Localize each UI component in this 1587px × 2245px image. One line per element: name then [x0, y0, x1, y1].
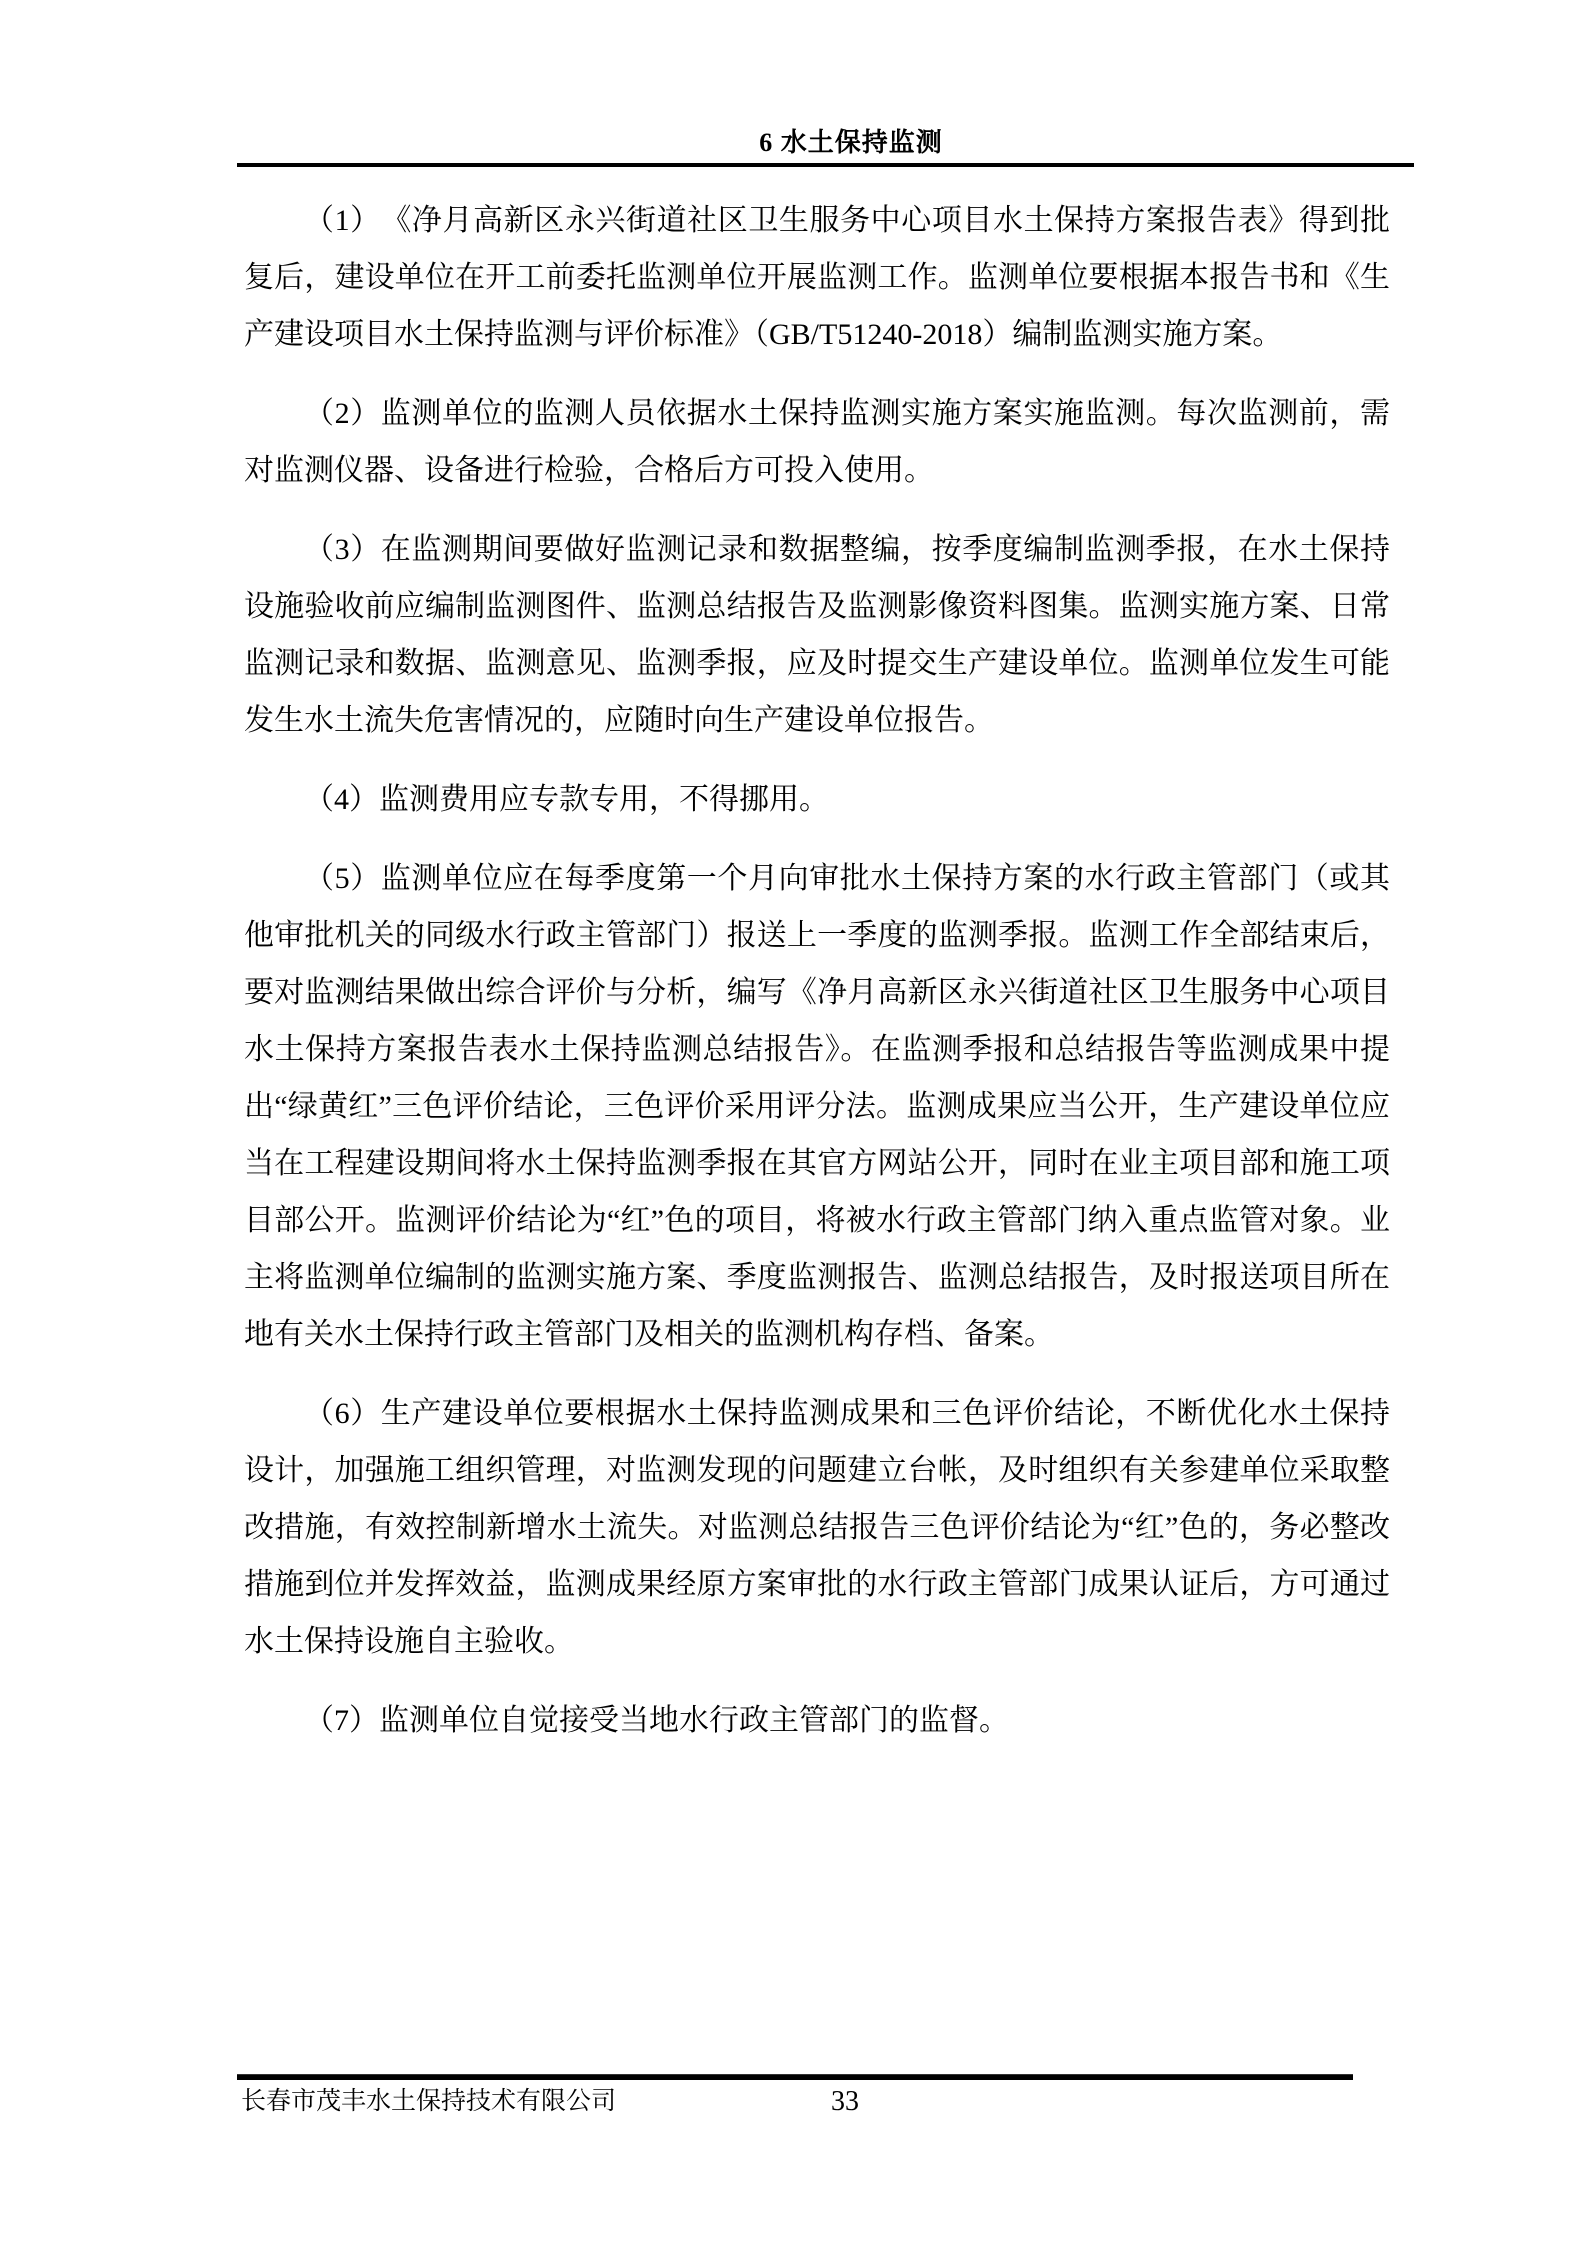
- paragraph-4: （4）监测费用应专款专用，不得挪用。: [244, 771, 1390, 828]
- document-page: 6 水土保持监测 （1） 《净月高新区永兴街道社区卫生服务中心项目水土保持方案报…: [0, 0, 1587, 2245]
- paragraph-6: （6）生产建设单位要根据水土保持监测成果和三色评价结论，不断优化水土保持设计，加…: [244, 1385, 1390, 1670]
- header-rule: [237, 163, 1414, 167]
- footer-page-number: 33: [831, 2086, 859, 2118]
- paragraph-7: （7）监测单位自觉接受当地水行政主管部门的监督。: [244, 1692, 1390, 1749]
- paragraph-3: （3）在监测期间要做好监测记录和数据整编，按季度编制监测季报，在水土保持设施验收…: [244, 521, 1390, 749]
- page-header-title: 6 水土保持监测: [759, 128, 943, 158]
- paragraph-1: （1） 《净月高新区永兴街道社区卫生服务中心项目水土保持方案报告表》得到批复后，…: [244, 192, 1390, 363]
- paragraph-5: （5）监测单位应在每季度第一个月向审批水土保持方案的水行政主管部门（或其他审批机…: [244, 850, 1390, 1363]
- footer-rule: [237, 2074, 1353, 2080]
- paragraph-2: （2）监测单位的监测人员依据水土保持监测实施方案实施监测。每次监测前，需对监测仪…: [244, 385, 1390, 499]
- footer-company-name: 长春市茂丰水土保持技术有限公司: [241, 2087, 616, 2117]
- document-body: （1） 《净月高新区永兴街道社区卫生服务中心项目水土保持方案报告表》得到批复后，…: [244, 192, 1390, 1771]
